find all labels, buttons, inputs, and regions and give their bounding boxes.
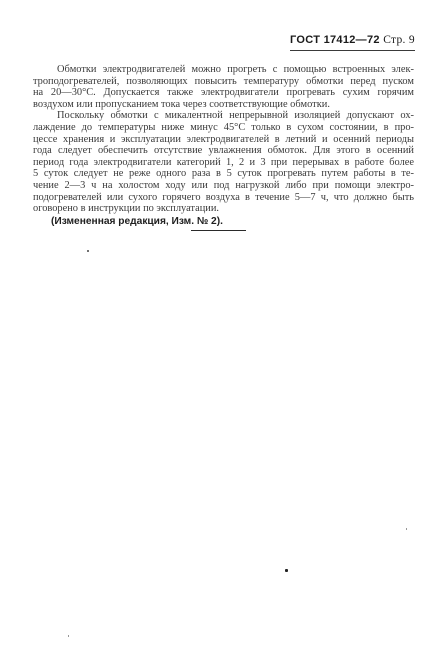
paragraph-insulation-moisture: Поскольку обмотки с микалентной непрерыв… bbox=[33, 110, 414, 214]
text-line: троподогревателей, позволяющих повысить … bbox=[33, 76, 414, 88]
header-rule bbox=[290, 50, 415, 51]
text-line: период года электродвигатели категорий 1… bbox=[33, 157, 414, 169]
text-line: цессе хранения и эксплуатации электродви… bbox=[33, 134, 414, 146]
text-line: 5 суток следует не реже одного раза в 5 … bbox=[33, 168, 414, 180]
text-line: оговорено в инструкции по эксплуатации. bbox=[33, 203, 414, 215]
text-line: года следует обеспечить отсутствие увлаж… bbox=[33, 145, 414, 157]
page-header: ГОСТ 17412—72 Стр. 9 bbox=[290, 34, 415, 46]
scan-speck bbox=[285, 569, 288, 572]
scan-speck bbox=[406, 528, 407, 530]
text-line: Поскольку обмотки с микалентной непрерыв… bbox=[33, 110, 414, 122]
body-text: Обмотки электродвигателей можно прогреть… bbox=[33, 64, 414, 228]
scan-speck bbox=[87, 250, 89, 252]
section-divider bbox=[191, 230, 246, 231]
text-line: чение 2—3 ч на холостом ходу или под наг… bbox=[33, 180, 414, 192]
paragraph-heating-methods: Обмотки электродвигателей можно прогреть… bbox=[33, 64, 414, 110]
document-page: ГОСТ 17412—72 Стр. 9 Обмотки электродвиг… bbox=[0, 0, 427, 666]
text-line: Обмотки электродвигателей можно прогреть… bbox=[33, 64, 414, 76]
text-line: воздухом или пропусканием тока через соо… bbox=[33, 99, 414, 111]
scan-speck bbox=[68, 635, 69, 637]
text-line: на 20—30°С. Допускается также электродви… bbox=[33, 87, 414, 99]
page-number: Стр. 9 bbox=[383, 34, 415, 46]
amendment-note: (Измененная редакция, Изм. № 2). bbox=[33, 216, 414, 228]
text-line: лаждение до температуры ниже минус 45°С … bbox=[33, 122, 414, 134]
standard-number: ГОСТ 17412—72 bbox=[290, 34, 380, 46]
text-line: подогревателей или сухого горячего возду… bbox=[33, 192, 414, 204]
